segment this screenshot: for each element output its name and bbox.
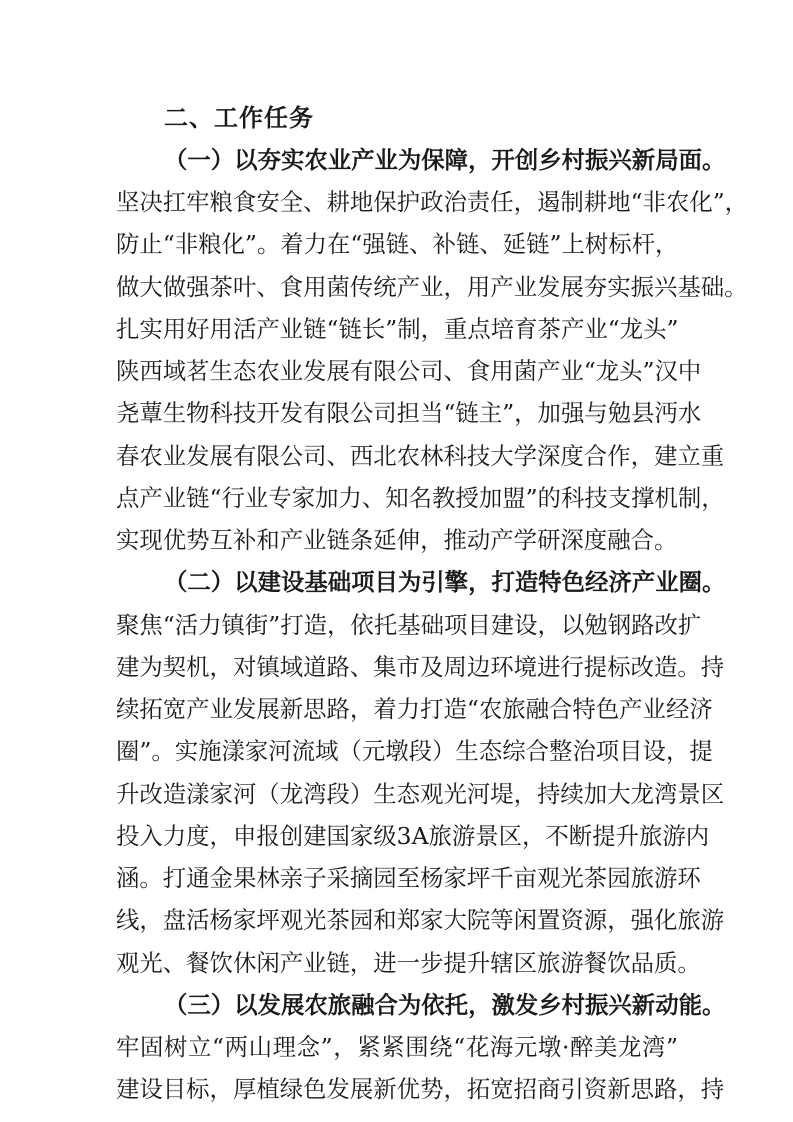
paragraph-line: 坚决扛牢粮食安全、耕地保护政治责任，遏制耕地“非农化”， [116, 181, 678, 223]
paragraph-line: 建为契机，对镇域道路、集市及周边环境进行提标改造。持 [116, 646, 678, 688]
paragraph-line: 观光、餐饮休闲产业链，进一步提升辖区旅游餐饮品质。 [116, 942, 678, 984]
paragraph-line: 点产业链“行业专家加力、知名教授加盟”的科技支撑机制， [116, 477, 678, 519]
paragraph-line: 牢固树立“两山理念”，紧紧围绕“花海元墩·醉美龙湾” [116, 1026, 678, 1068]
document-page: 二、工作任务 （一）以夯实农业产业为保障，开创乡村振兴新局面。 坚决扛牢粮食安全… [0, 0, 793, 1122]
subsection-title-1: （一）以夯实农业产业为保障，开创乡村振兴新局面。 [164, 139, 678, 181]
paragraph-line: 防止“非粮化”。着力在“强链、补链、延链”上树标杆， [116, 223, 678, 265]
paragraph-line: 做大做强茶叶、食用菌传统产业，用产业发展夯实振兴基础。 [116, 266, 678, 308]
subsection-title-3: （三）以发展农旅融合为依托，激发乡村振兴新动能。 [164, 984, 678, 1026]
paragraph-line: 实现优势互补和产业链条延伸，推动产学研深度融合。 [116, 519, 678, 561]
paragraph-line: 续拓宽产业发展新思路，着力打造“农旅融合特色产业经济 [116, 688, 678, 730]
paragraph-line: 陕西域茗生态农业发展有限公司、食用菌产业“龙头”汉中 [116, 350, 678, 392]
paragraph-line: 建设目标，厚植绿色发展新优势，拓宽招商引资新思路，持 [116, 1068, 678, 1110]
paragraph-line: 聚焦“活力镇街”打造，依托基础项目建设，以勉钢路改扩 [116, 604, 678, 646]
paragraph-line: 尧蕈生物科技开发有限公司担当“链主”，加强与勉县沔水 [116, 392, 678, 434]
paragraph-line: 春农业发展有限公司、西北农林科技大学深度合作，建立重 [116, 435, 678, 477]
paragraph-line: 投入力度，申报创建国家级3A旅游景区，不断提升旅游内 [116, 815, 678, 857]
subsection-title-2: （二）以建设基础项目为引擎，打造特色经济产业圈。 [164, 561, 678, 603]
paragraph-line: 线，盘活杨家坪观光茶园和郑家大院等闲置资源，强化旅游 [116, 899, 678, 941]
paragraph-line: 涵。打通金果林亲子采摘园至杨家坪千亩观光茶园旅游环 [116, 857, 678, 899]
paragraph-line: 圈”。实施漾家河流域（元墩段）生态综合整治项目设，提 [116, 730, 678, 772]
paragraph-line: 升改造漾家河（龙湾段）生态观光河堤，持续加大龙湾景区 [116, 773, 678, 815]
section-heading: 二、工作任务 [164, 97, 726, 139]
paragraph-line: 扎实用好用活产业链“链长”制，重点培育茶产业“龙头” [116, 308, 678, 350]
